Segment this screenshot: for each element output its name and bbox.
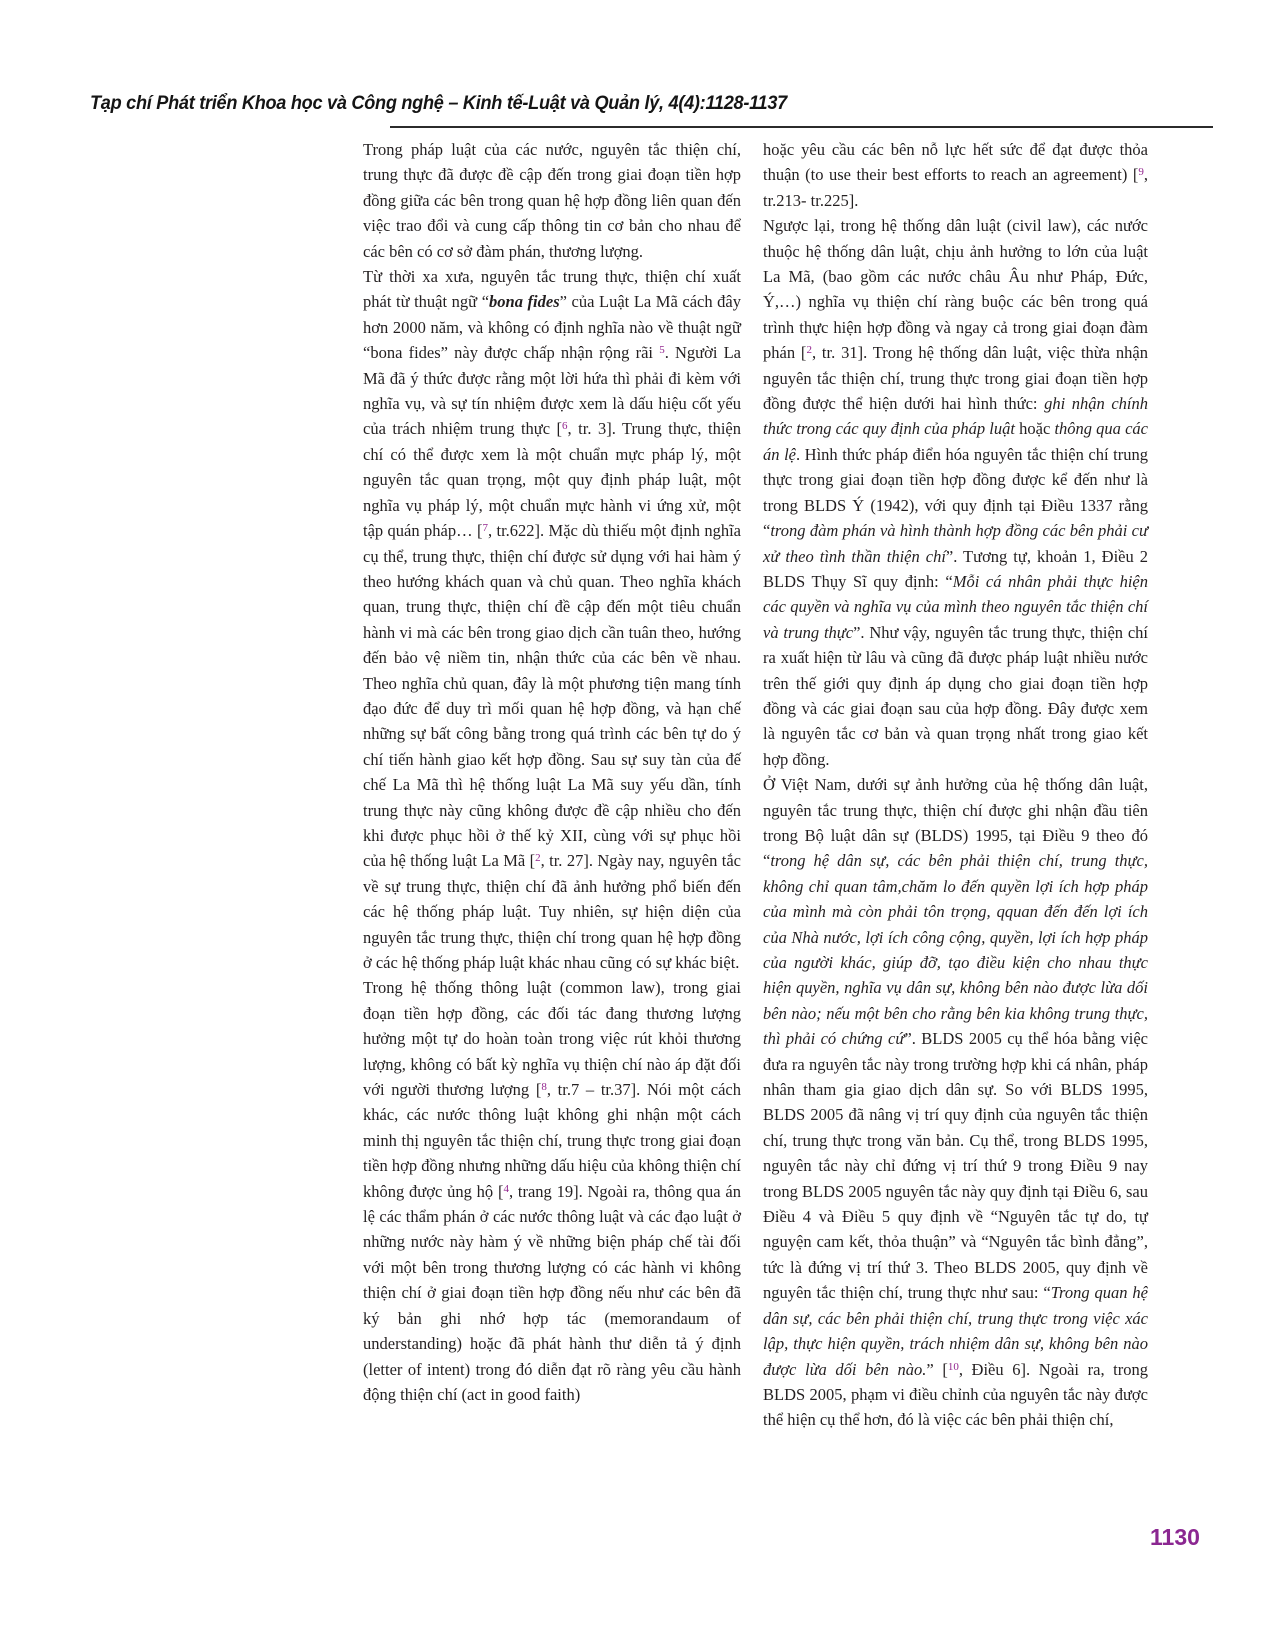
journal-header: Tạp chí Phát triển Khoa học và Công nghệ… — [90, 92, 787, 115]
text-run: ” [ — [926, 1360, 947, 1379]
text-run: hoặc yêu cầu các bên nỗ lực hết sức để đ… — [763, 140, 1148, 184]
text-run: ”. Như vậy, nguyên tắc trung thực, thiện… — [763, 623, 1148, 769]
header-rule — [390, 126, 1213, 128]
text-run: ”. BLDS 2005 cụ thể hóa bằng việc đưa ra… — [763, 1029, 1148, 1302]
text-run: , tr.622]. Mặc dù thiếu một định nghĩa c… — [363, 521, 741, 870]
paragraph: Ngược lại, trong hệ thống dân luật (civi… — [763, 213, 1148, 772]
citation-ref: 10 — [948, 1361, 959, 1373]
left-column: Trong pháp luật của các nước, nguyên tắc… — [363, 137, 741, 1407]
paragraph: Từ thời xa xưa, nguyên tắc trung thực, t… — [363, 264, 741, 975]
text-run: bona fides — [489, 292, 560, 311]
paragraph: Trong pháp luật của các nước, nguyên tắc… — [363, 137, 741, 264]
page-number: 1130 — [1150, 1524, 1200, 1551]
right-column: hoặc yêu cầu các bên nỗ lực hết sức để đ… — [763, 137, 1148, 1433]
text-run: Trong pháp luật của các nước, nguyên tắc… — [363, 140, 741, 261]
paragraph: Trong hệ thống thông luật (common law), … — [363, 975, 741, 1407]
paragraph: hoặc yêu cầu các bên nỗ lực hết sức để đ… — [763, 137, 1148, 213]
text-run: hoặc — [1015, 419, 1054, 438]
paragraph: Ở Việt Nam, dưới sự ảnh hưởng của hệ thố… — [763, 772, 1148, 1433]
journal-page: Tạp chí Phát triển Khoa học và Công nghệ… — [0, 0, 1276, 1649]
text-run: trong hệ dân sự, các bên phải thiện chí,… — [763, 851, 1148, 1048]
text-run: Ngược lại, trong hệ thống dân luật (civi… — [763, 216, 1148, 362]
text-run: , trang 19]. Ngoài ra, thông qua án lệ c… — [363, 1182, 741, 1404]
